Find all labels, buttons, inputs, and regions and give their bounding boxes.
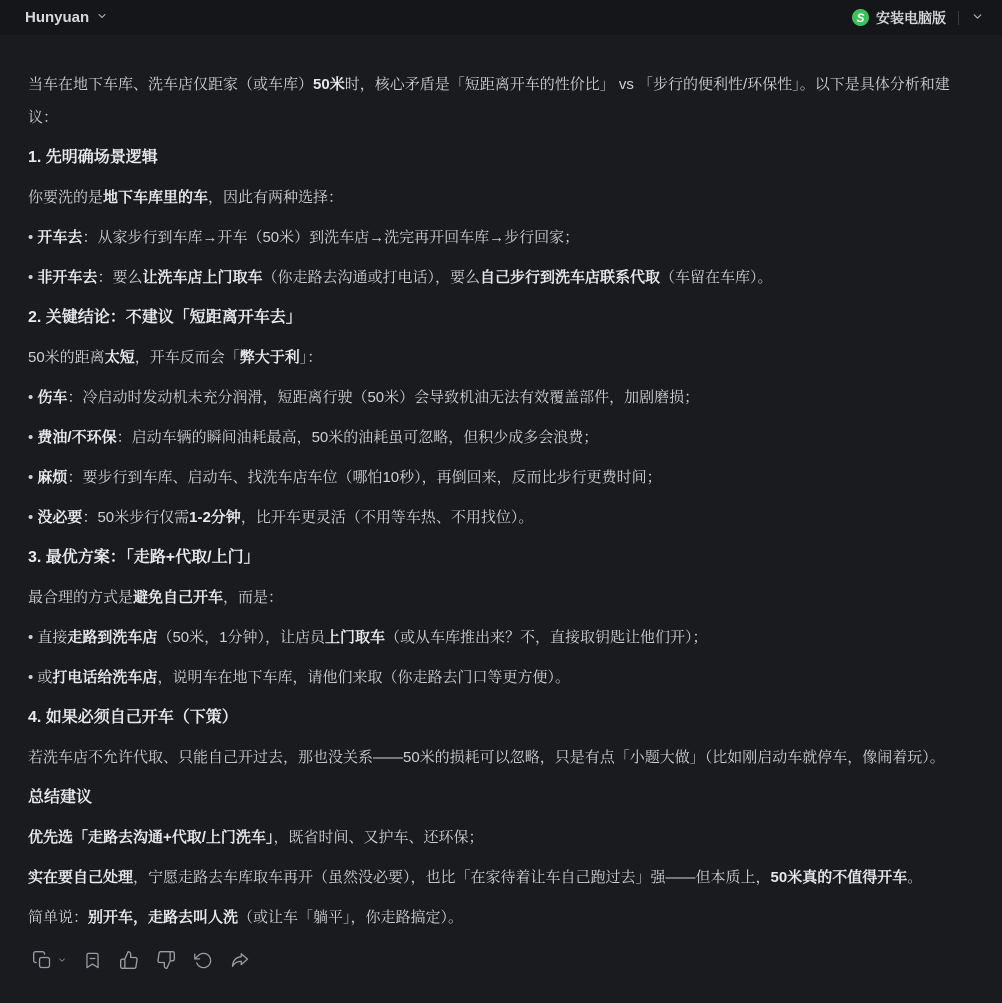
- message-bullet: • 伤车：冷启动时发动机未充分润滑，短距离行驶（50米）会导致机油无法有效覆盖部…: [28, 381, 974, 414]
- bookmark-icon: [83, 951, 102, 970]
- message-paragraph: 优先选「走路去沟通+代取/上门洗车」，既省时间、又护车、还环保；: [28, 821, 974, 854]
- thumbs-up-button[interactable]: [117, 948, 141, 972]
- yuanbao-logo-icon: S: [852, 9, 869, 26]
- chevron-down-icon: [57, 955, 67, 965]
- collapse-panel-button[interactable]: [971, 10, 984, 26]
- share-icon: [230, 950, 250, 970]
- copy-group: [30, 948, 67, 972]
- message-paragraph: 当车在地下车库、洗车店仅距家（或车库）50米时，核心矛盾是「短距离开车的性价比」…: [28, 68, 974, 134]
- divider: [958, 11, 959, 25]
- thumbs-down-icon: [156, 950, 176, 970]
- message-bullet: • 开车去：从家步行到车库→开车（50米）到洗车店→洗完再开回车库→步行回家；: [28, 221, 974, 254]
- model-selector[interactable]: Hunyuan: [25, 9, 108, 26]
- message-bullet: • 直接走路到洗车店（50米，1分钟），让店员上门取车（或从车库推出来？不，直接…: [28, 621, 974, 654]
- share-button[interactable]: [228, 948, 252, 972]
- message-heading: 3. 最优方案：「走路+代取/上门」: [28, 541, 974, 574]
- regenerate-icon: [194, 951, 213, 970]
- thumbs-down-button[interactable]: [154, 948, 178, 972]
- message-paragraph: 若洗车店不允许代取、只能自己开过去，那也没关系——50米的损耗可以忽略，只是有点…: [28, 741, 974, 774]
- chevron-down-icon: [96, 9, 108, 26]
- message-paragraph: 简单说：别开车，走路去叫人洗（或让车「躺平」，你走路搞定）。: [28, 901, 974, 934]
- message-bullet: • 没必要：50米步行仅需1-2分钟，比开车更灵活（不用等车热、不用找位）。: [28, 501, 974, 534]
- model-name: Hunyuan: [25, 9, 89, 26]
- install-label: 安装电脑版: [876, 8, 946, 28]
- top-bar: Hunyuan S 安装电脑版: [0, 0, 1002, 35]
- bookmark-button[interactable]: [80, 948, 104, 972]
- install-desktop-button[interactable]: S 安装电脑版: [852, 8, 946, 28]
- message-heading: 4. 如果必须自己开车（下策）: [28, 701, 974, 734]
- copy-button[interactable]: [30, 948, 54, 972]
- message-heading: 总结建议: [28, 781, 974, 814]
- message-paragraph: 最合理的方式是避免自己开车，而是：: [28, 581, 974, 614]
- assistant-message: 当车在地下车库、洗车店仅距家（或车库）50米时，核心矛盾是「短距离开车的性价比」…: [0, 35, 1002, 934]
- message-toolbar: [0, 941, 1002, 972]
- message-paragraph: 你要洗的是地下车库里的车，因此有两种选择：: [28, 181, 974, 214]
- message-heading: 1. 先明确场景逻辑: [28, 141, 974, 174]
- message-bullet: • 非开车去：要么让洗车店上门取车（你走路去沟通或打电话），要么自己步行到洗车店…: [28, 261, 974, 294]
- regenerate-button[interactable]: [191, 948, 215, 972]
- message-bullet: • 费油/不环保：启动车辆的瞬间油耗最高，50米的油耗虽可忽略，但积少成多会浪费…: [28, 421, 974, 454]
- message-bullet: • 麻烦：要步行到车库、启动车、找洗车店车位（哪怕10秒），再倒回来，反而比步行…: [28, 461, 974, 494]
- thumbs-up-icon: [119, 950, 139, 970]
- message-heading: 2. 关键结论：不建议「短距离开车去」: [28, 301, 974, 334]
- topbar-right: S 安装电脑版: [852, 8, 984, 28]
- copy-icon: [32, 950, 52, 970]
- copy-options-button[interactable]: [57, 955, 67, 965]
- chevron-down-icon: [971, 10, 984, 26]
- message-bullet: • 或打电话给洗车店，说明车在地下车库，请他们来取（你走路去门口等更方便）。: [28, 661, 974, 694]
- message-paragraph: 50米的距离太短，开车反而会「弊大于利」：: [28, 341, 974, 374]
- message-paragraph: 实在要自己处理，宁愿走路去车库取车再开（虽然没必要），也比「在家待着让车自己跑过…: [28, 861, 974, 894]
